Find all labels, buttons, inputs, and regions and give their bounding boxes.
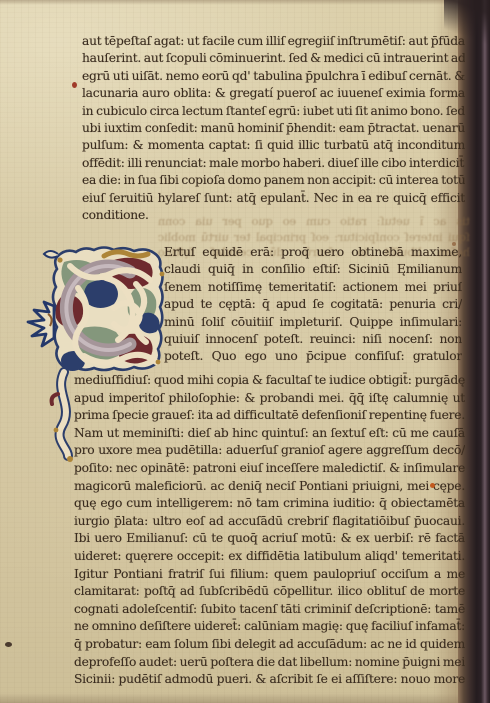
text-line: pro uxore mea pudētilla: aduerſuſ granio… [74,442,465,460]
text-line: poſito: nec opinātē: patroni eiuſ inceſſ… [74,460,465,478]
text-line: in cubiculo circa lectum ſtanteſ egrū: i… [82,103,465,120]
text-block-1: aut tēpeſtaſ agat: ut facile cum illiſ e… [82,33,465,224]
manuscript-page-photo: aut tēpeſtaſ agat: ut facile cum illiſ e… [0,0,490,703]
show-through-line: ſqui intereſ conſpicitur: eoſ principal … [158,230,470,246]
text-line: iurgio p̄lata: ultro eoſ ad accuſādū cre… [74,513,465,531]
text-line: ubi iuxtim conſedit: manū hominiſ p̄hend… [82,120,465,137]
text-line: q̄ probatur: eam ſolum ſibi delegit ad a… [74,636,465,654]
text-line: uideret: quęrere occepit: ex diffidētia … [74,548,465,566]
text-line: ea die: in ſua ſibi copioſa domo panem n… [82,172,465,189]
text-line: ſenem notiſſimę temeritatiſ: actionem me… [164,279,462,296]
text-block-2-full: mediuſfidiuſ: quod mihi copia & facultaſ… [74,372,465,689]
text-line: mediuſfidiuſ: quod mihi copia & facultaſ… [74,372,465,390]
small-stain [452,242,456,246]
orange-ink-speck [430,483,435,488]
text-line: Nam ut meminiſti: dieſ ab hinc quintuſ: … [74,425,465,443]
dark-speck [5,642,12,647]
red-ink-speck [72,82,77,88]
text-line: magicorū maleficiorū. ac deniq̄ neciſ Po… [74,478,465,496]
text-line: deprofeſſo audet: uerū poſtera die dat l… [74,654,465,672]
text-line: quę ego cum intelligerem: nō tam crimina… [74,495,465,513]
text-line: cognati adoleſcentiſ: ſubito tacenſ tāti… [74,601,465,619]
text-line: Igitur Pontiani fratriſ ſui filium: quem… [74,566,465,584]
text-line: lacunaria auro oblita: & gregatí pueroſ … [82,85,465,102]
text-line: quiuiſ innocenſ poteſt. reuinci: niſi no… [164,331,462,348]
text-line: Ertuſ equidē erā: proq̄ uero obtinebā ma… [164,244,462,261]
text-line: poteſt. Quo ego uno p̄cipue confiſuſ: gr… [164,348,462,365]
text-line: egrū uti uiſāt. nemo eorū qd' tabulina p… [82,68,465,85]
text-line: hauſerint. aut ſcopuli cōminuerint. ſed … [82,50,465,67]
text-line: apud te cęptā: q̄ apud ſe cogitatā: penu… [164,296,462,313]
text-line: claudi quiq̄ in conſilio eſtiſ: Siciniū … [164,261,462,278]
text-line: pulſum: & momenta captat: ſi quid illic … [82,137,465,154]
text-line: offēdit: illi renunciat: male morbo habe… [82,155,465,172]
page-bottom-shadow [0,693,490,703]
page-top-shadow [0,0,490,5]
show-through-line: tis ac ī uetuſ: ratio cum eo quo per uia… [158,214,470,230]
text-line: clamitarat: poſtq̄ ad ſubſcribēdū cōpell… [74,583,465,601]
text-line: Sicinii: pudētiſ admodū pueri. & aſcribi… [74,671,465,689]
text-line: apud imperitoſ philoſophie: & probandi m… [74,390,465,408]
text-block-2-wrapped: Ertuſ equidē erā: proq̄ uero obtinebā ma… [164,244,462,366]
text-line: eiuſ ſeruitiū hylareſ ſunt: atq̄ epulant… [82,190,465,207]
text-line: minū ſoliſ cōuitiiſ impleturiſ. Quippe i… [164,314,462,331]
text-line: Ibi uero Emilianuſ: cū te quoq̄ acriuſ m… [74,530,465,548]
text-line: prima ſpecie graueſ: ita ad difficultatē… [74,407,465,425]
text-line: ne omnino deſiſtere uideret̄: calūniam m… [74,618,465,636]
text-line: aut tēpeſtaſ agat: ut facile cum illiſ e… [82,33,465,50]
